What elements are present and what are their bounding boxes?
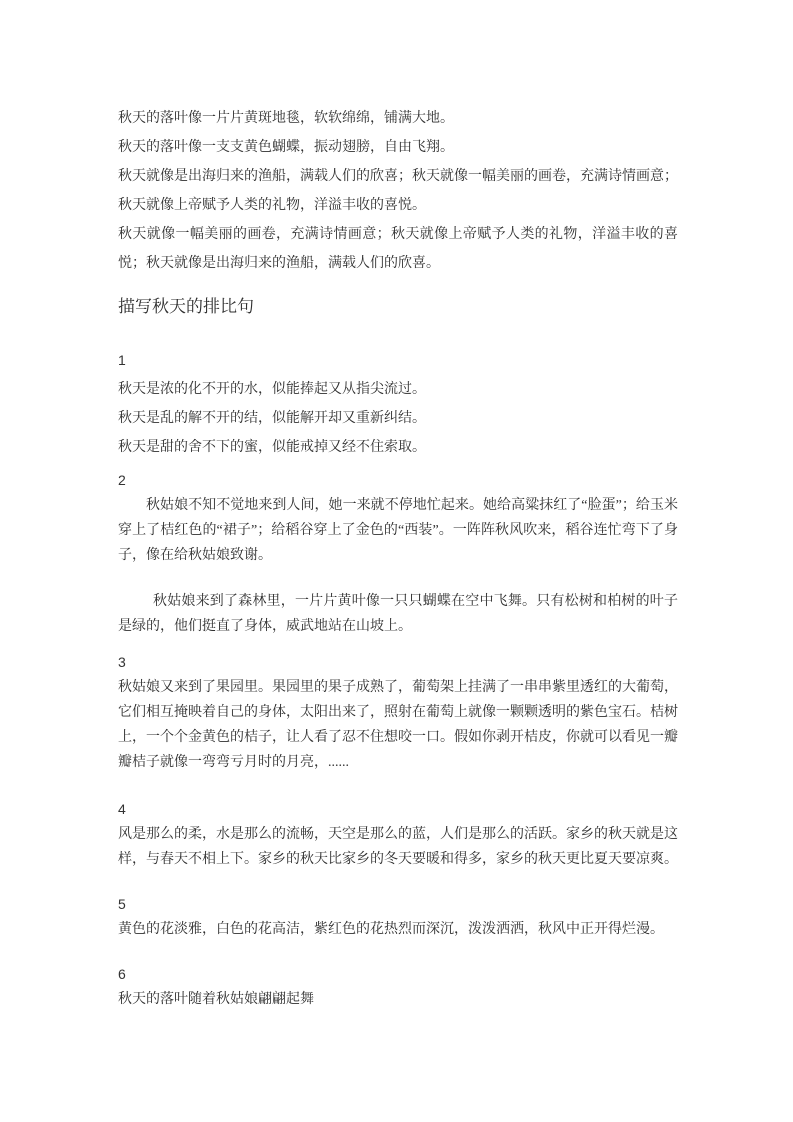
section-paragraph: 黄色的花淡雅，白色的花高洁，紫红色的花热烈而深沉，泼泼洒洒，秋风中正开得烂漫。 xyxy=(118,917,678,942)
section-number: 5 xyxy=(118,892,678,917)
section-4: 4 风是那么的柔，水是那么的流畅，天空是那么的蓝，人们是那么的活跃。家乡的秋天就… xyxy=(118,797,678,872)
intro-paragraph: 秋天就像一幅美丽的画卷，充满诗情画意；秋天就像上帝赋予人类的礼物，洋溢丰收的喜悦… xyxy=(118,220,678,278)
section-number: 1 xyxy=(118,346,678,375)
section-number: 2 xyxy=(118,468,678,493)
intro-paragraph: 秋天就像是出海归来的渔船，满载人们的欣喜；秋天就像一幅美丽的画卷，充满诗情画意；… xyxy=(118,162,678,220)
document-page: 秋天的落叶像一片片黄斑地毯，软软绵绵，铺满大地。 秋天的落叶像一支支黄色蝴蝶，振… xyxy=(0,0,793,1122)
page-title: 描写秋天的排比句 xyxy=(118,290,678,323)
section-3: 3 秋姑娘又来到了果园里。果园里的果子成熟了，葡萄架上挂满了一串串紫里透红的大葡… xyxy=(118,650,678,775)
section-paragraph: 秋天的落叶随着秋姑娘翩翩起舞 xyxy=(118,987,678,1012)
section-6: 6 秋天的落叶随着秋姑娘翩翩起舞 xyxy=(118,962,678,1012)
section-1: 1 秋天是浓的化不开的水，似能捧起又从指尖流过。 秋天是乱的解不开的结，似能解开… xyxy=(118,346,678,462)
section-paragraph: 秋天是乱的解不开的结，似能解开却又重新纠结。 xyxy=(118,404,678,433)
section-paragraph: 秋姑娘不知不觉地来到人间，她一来就不停地忙起来。她给高粱抹红了“脸蛋”；给玉米穿… xyxy=(118,493,678,568)
section-5: 5 黄色的花淡雅，白色的花高洁，紫红色的花热烈而深沉，泼泼洒洒，秋风中正开得烂漫… xyxy=(118,892,678,942)
section-paragraph: 秋天是甜的舍不下的蜜，似能戒掉又经不住索取。 xyxy=(118,433,678,462)
section-paragraph: 风是那么的柔，水是那么的流畅，天空是那么的蓝，人们是那么的活跃。家乡的秋天就是这… xyxy=(118,822,678,872)
section-paragraph: 秋姑娘又来到了果园里。果园里的果子成熟了，葡萄架上挂满了一串串紫里透红的大葡萄，… xyxy=(118,675,678,775)
intro-paragraph: 秋天的落叶像一支支黄色蝴蝶，振动翅膀，自由飞翔。 xyxy=(118,133,678,162)
section-paragraph: 秋姑娘来到了森林里，一片片黄叶像一只只蝴蝶在空中飞舞。只有松树和柏树的叶子是绿的… xyxy=(118,589,678,639)
section-2: 2 秋姑娘不知不觉地来到人间，她一来就不停地忙起来。她给高粱抹红了“脸蛋”；给玉… xyxy=(118,468,678,639)
section-number: 6 xyxy=(118,962,678,987)
intro-paragraph: 秋天的落叶像一片片黄斑地毯，软软绵绵，铺满大地。 xyxy=(118,104,678,133)
intro-block: 秋天的落叶像一片片黄斑地毯，软软绵绵，铺满大地。 秋天的落叶像一支支黄色蝴蝶，振… xyxy=(118,104,678,278)
section-paragraph: 秋天是浓的化不开的水，似能捧起又从指尖流过。 xyxy=(118,375,678,404)
section-number: 3 xyxy=(118,650,678,675)
section-number: 4 xyxy=(118,797,678,822)
